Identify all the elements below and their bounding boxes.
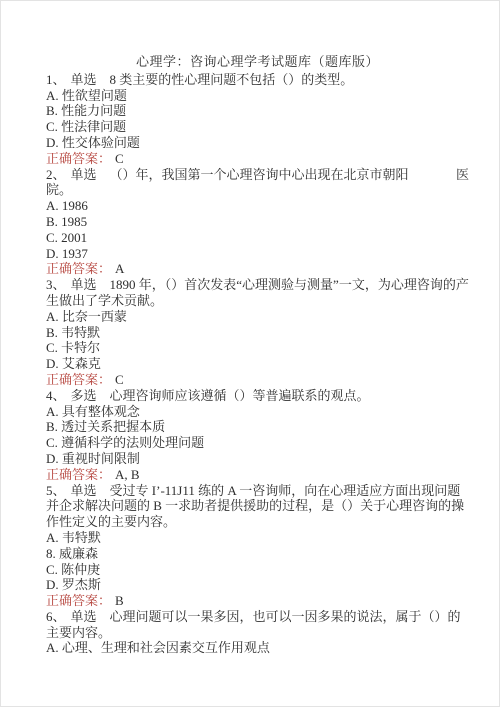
answer-value: B — [115, 593, 124, 608]
answer-value: A, B — [115, 467, 140, 482]
page-title: 心理学：咨询心理学考试题库（题库版） — [46, 54, 469, 70]
question-3-option-c: C. 卡特尔 — [46, 340, 469, 356]
question-5-stem: 5、单选受过专 I’-11J11 练的 A 一咨询师，向在心理适应方面出现问题并… — [46, 483, 469, 530]
question-number: 6、 — [46, 609, 66, 624]
question-4-option-b: B. 透过关系把握本质 — [46, 419, 469, 435]
question-1-option-c: C. 性法律问题 — [46, 119, 469, 135]
question-2-option-b: B. 1985 — [46, 214, 469, 230]
question-3-option-a: A. 比奈一西蒙 — [46, 309, 469, 325]
question-stem-right: 医 — [456, 167, 469, 183]
question-stem-text: 受过专 I’-11J11 练的 A 一咨询师，向在心理适应方面出现问题并企求解决… — [46, 483, 464, 530]
question-5-option-a: A. 韦特默 — [46, 530, 469, 546]
question-2-stem-line-1: 2、单选（）年，我国第一个心理咨询中心出现在北京市朝阳医 — [46, 167, 469, 183]
question-stem-left: 2、单选（）年，我国第一个心理咨询中心出现在北京市朝阳 — [46, 167, 409, 183]
answer-label: 正确答案： — [46, 261, 111, 276]
question-3-option-d: D. 艾森克 — [46, 356, 469, 372]
answer-value: C — [115, 151, 124, 166]
answer-value: A — [115, 261, 124, 276]
question-number: 2、 — [46, 167, 66, 182]
question-3: 3、单选1890 年，（）首次发表“心理测验与测量”一文，为心理咨询的产生做出了… — [46, 277, 469, 388]
question-5-option-b: 8. 威廉森 — [46, 546, 469, 562]
question-number: 1、 — [46, 72, 66, 87]
question-1-option-d: D. 性交体验问题 — [46, 135, 469, 151]
answer-label: 正确答案： — [46, 593, 111, 608]
question-type: 单选 — [71, 609, 97, 624]
question-type: 单选 — [71, 483, 97, 498]
question-3-answer: 正确答案：C — [46, 372, 469, 388]
question-stem-text: 1890 年，（）首次发表“心理测验与测量”一文，为心理咨询的产生做出了学术贡献… — [46, 277, 469, 308]
question-type: 单选 — [71, 72, 97, 87]
question-type: 多选 — [71, 388, 97, 403]
answer-label: 正确答案： — [46, 467, 111, 482]
question-6: 6、单选心理问题可以一果多因，也可以一因多果的说法，属于（）的主要内容。 A. … — [46, 609, 469, 656]
question-1: 1、单选8 类主要的性心理问题不包括（）的类型。 A. 性欲望问题 B. 性能力… — [46, 72, 469, 167]
question-1-option-b: B. 性能力问题 — [46, 103, 469, 119]
question-stem-text: 8 类主要的性心理问题不包括（）的类型。 — [110, 72, 354, 87]
question-1-answer: 正确答案：C — [46, 151, 469, 167]
question-2-stem-line-2: 院。 — [46, 182, 469, 198]
question-2-answer: 正确答案：A — [46, 261, 469, 277]
question-2-option-a: A. 1986 — [46, 198, 469, 214]
question-5: 5、单选受过专 I’-11J11 练的 A 一咨询师，向在心理适应方面出现问题并… — [46, 483, 469, 609]
question-4-option-c: C. 遵循科学的法则处理问题 — [46, 435, 469, 451]
question-4-option-d: D. 重视时间限制 — [46, 451, 469, 467]
answer-label: 正确答案： — [46, 151, 111, 166]
question-3-option-b: B. 韦特默 — [46, 325, 469, 341]
question-2-option-c: C. 2001 — [46, 230, 469, 246]
question-4-stem: 4、多选心理咨询师应该遵循（）等普遍联系的观点。 — [46, 388, 469, 404]
question-type: 单选 — [71, 167, 97, 182]
question-2: 2、单选（）年，我国第一个心理咨询中心出现在北京市朝阳医 院。 A. 1986 … — [46, 167, 469, 278]
answer-value: C — [115, 372, 124, 387]
question-5-option-d: D. 罗杰斯 — [46, 577, 469, 593]
question-stem-text: 心理问题可以一果多因，也可以一因多果的说法，属于（）的主要内容。 — [46, 609, 461, 640]
question-4-answer: 正确答案：A, B — [46, 467, 469, 483]
question-5-answer: 正确答案：B — [46, 593, 469, 609]
exam-document-page: 心理学：咨询心理学考试题库（题库版） 1、单选8 类主要的性心理问题不包括（）的… — [0, 0, 500, 707]
question-3-stem: 3、单选1890 年，（）首次发表“心理测验与测量”一文，为心理咨询的产生做出了… — [46, 277, 469, 309]
question-1-option-a: A. 性欲望问题 — [46, 88, 469, 104]
question-stem-text: （）年，我国第一个心理咨询中心出现在北京市朝阳 — [110, 167, 409, 182]
question-number: 4、 — [46, 388, 66, 403]
question-number: 5、 — [46, 483, 66, 498]
question-2-option-d: D. 1937 — [46, 246, 469, 262]
question-stem-text: 心理咨询师应该遵循（）等普遍联系的观点。 — [110, 388, 370, 403]
question-5-option-c: C. 陈仲庚 — [46, 562, 469, 578]
question-4-option-a: A. 具有整体观念 — [46, 404, 469, 420]
question-1-stem: 1、单选8 类主要的性心理问题不包括（）的类型。 — [46, 72, 469, 88]
question-6-stem: 6、单选心理问题可以一果多因，也可以一因多果的说法，属于（）的主要内容。 — [46, 609, 469, 641]
question-type: 单选 — [71, 277, 97, 292]
question-4: 4、多选心理咨询师应该遵循（）等普遍联系的观点。 A. 具有整体观念 B. 透过… — [46, 388, 469, 483]
question-number: 3、 — [46, 277, 66, 292]
answer-label: 正确答案： — [46, 372, 111, 387]
question-6-option-a: A. 心理、生理和社会因素交互作用观点 — [46, 640, 469, 656]
